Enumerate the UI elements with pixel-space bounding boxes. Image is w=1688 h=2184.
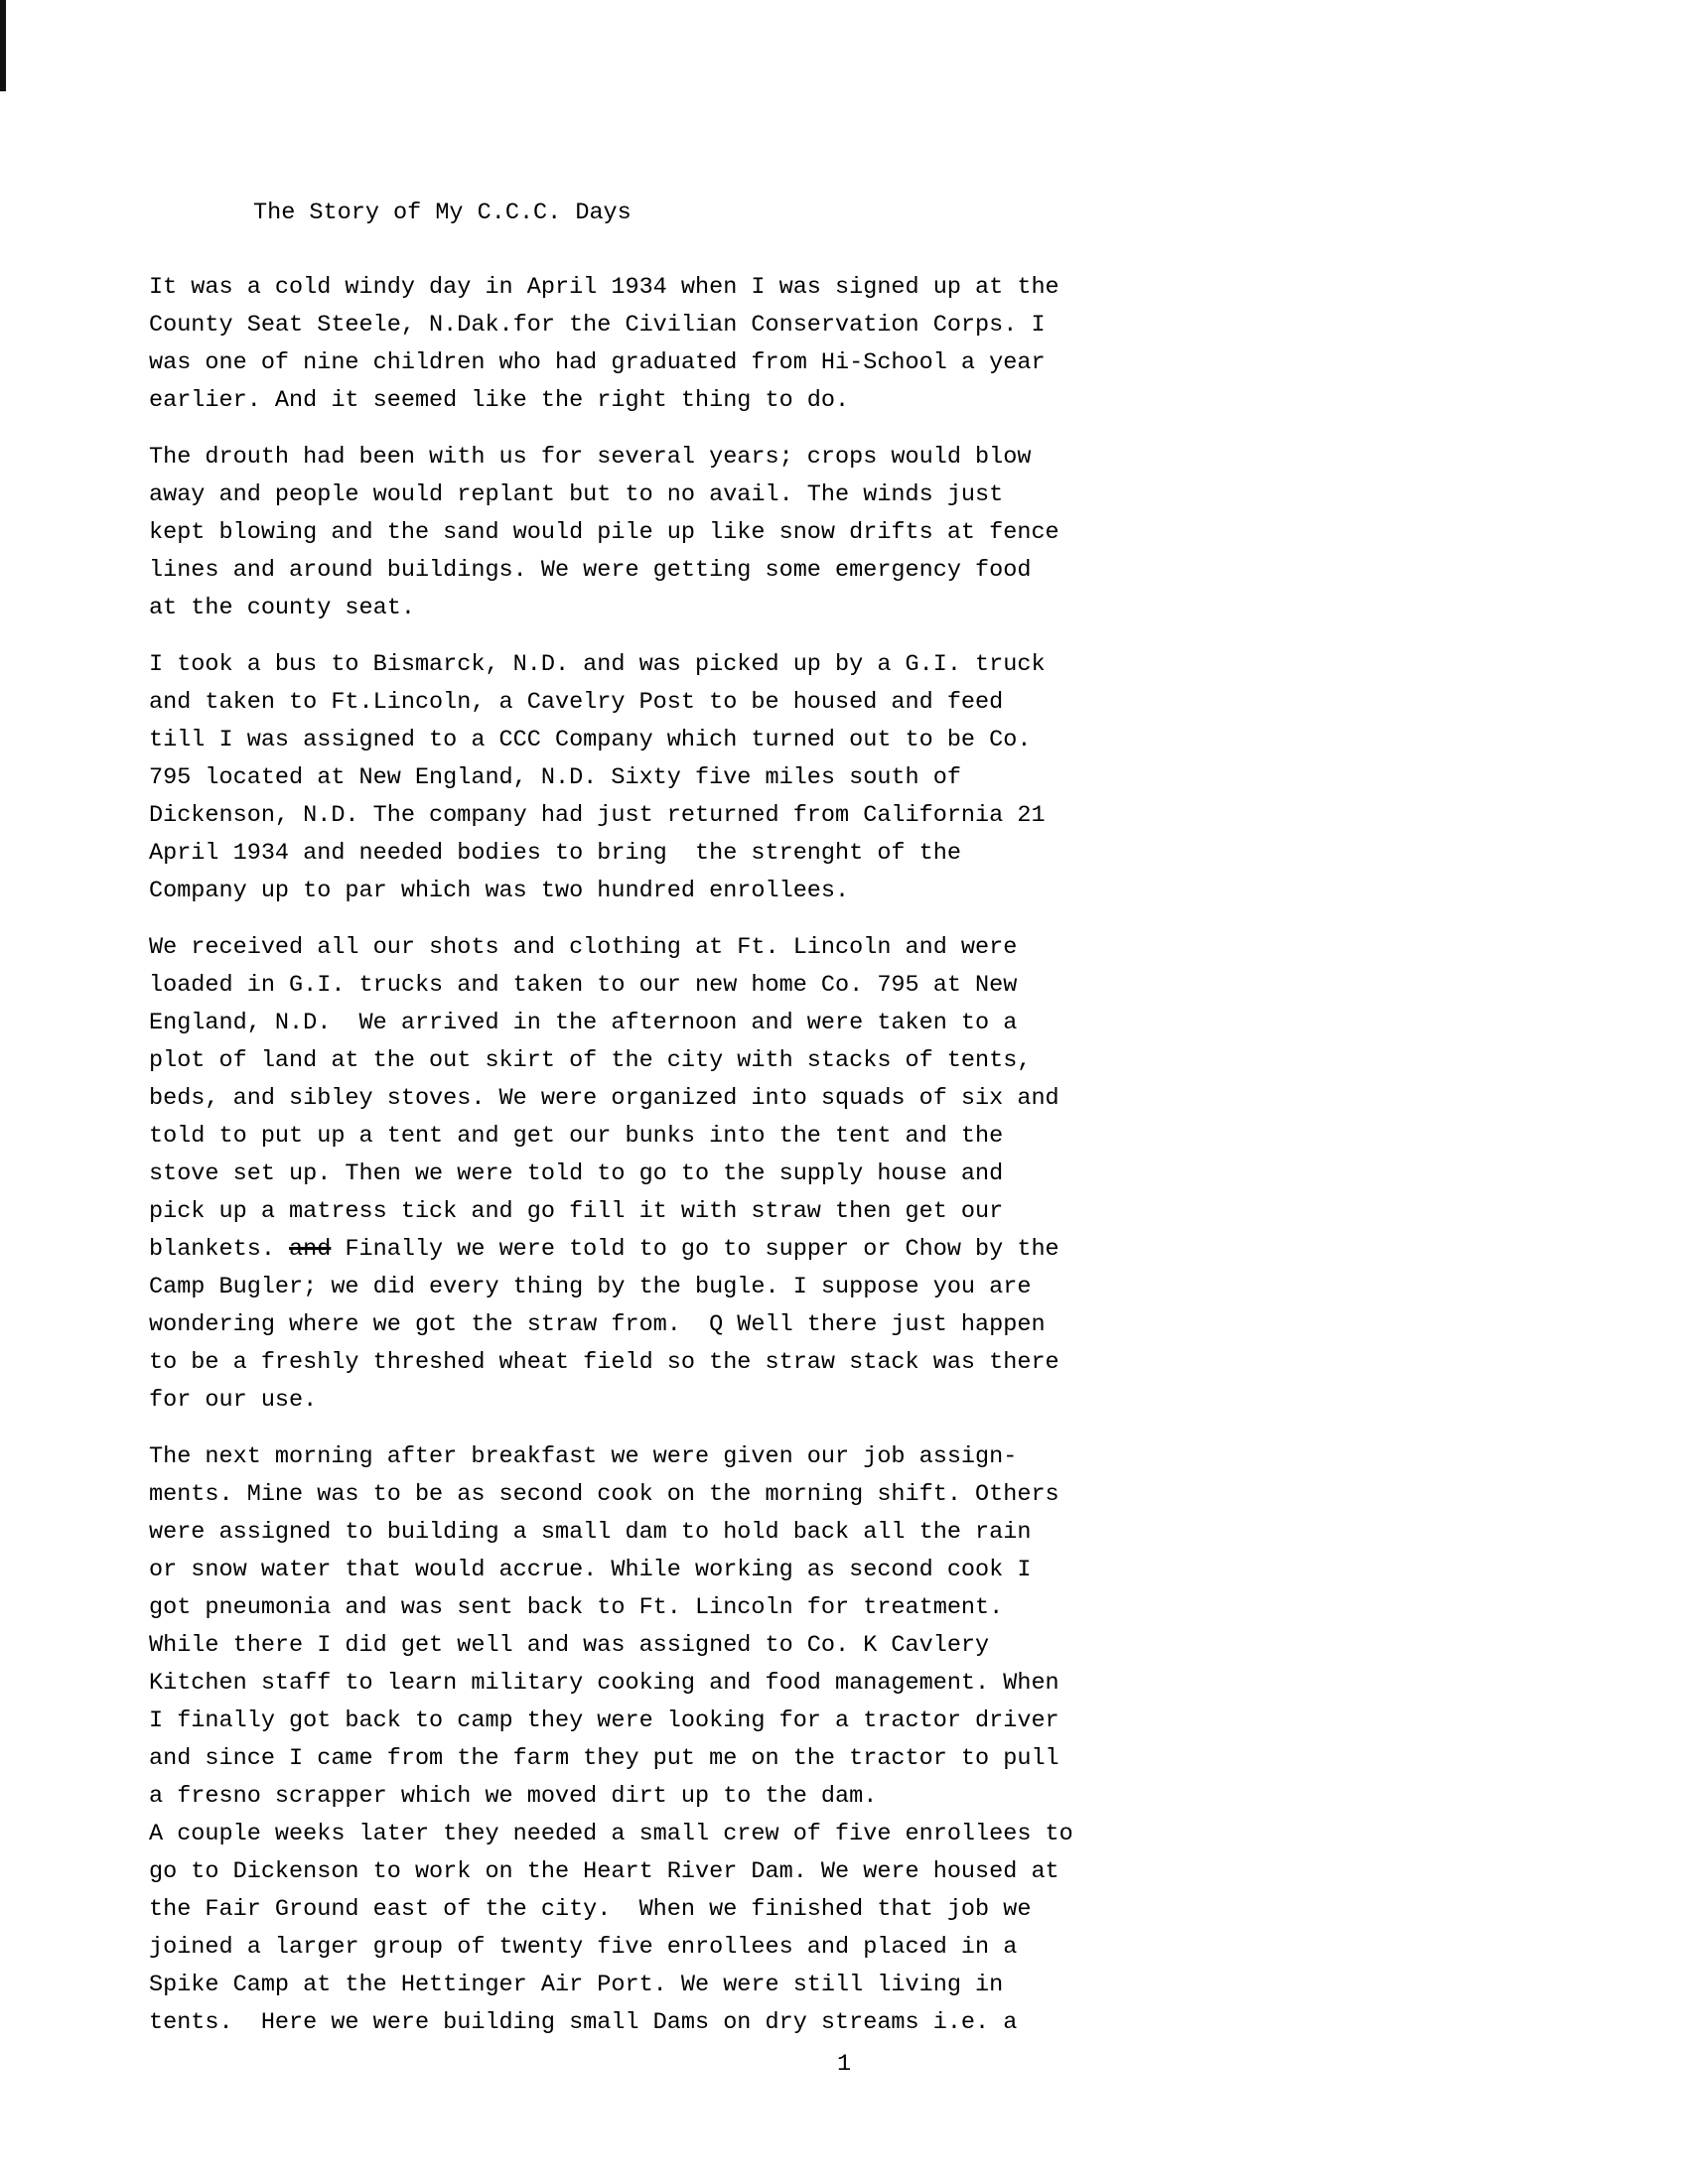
paragraph: It was a cold windy day in April 1934 wh…: [149, 269, 1142, 420]
text-line: A couple weeks later they needed a small…: [149, 1816, 1142, 1853]
text-line: till I was assigned to a CCC Company whi…: [149, 722, 1142, 759]
text-line: stove set up. Then we were told to go to…: [149, 1156, 1142, 1193]
text-segment: While there I did get well and was assig…: [149, 1632, 989, 1659]
text-segment: Kitchen staff to learn military cooking …: [149, 1670, 1059, 1697]
text-segment: got pneumonia and was sent back to Ft. L…: [149, 1594, 1003, 1621]
text-line: Company up to par which was two hundred …: [149, 873, 1142, 910]
text-line: It was a cold windy day in April 1934 wh…: [149, 269, 1142, 307]
text-line: loaded in G.I. trucks and taken to our n…: [149, 967, 1142, 1005]
text-segment: We received all our shots and clothing a…: [149, 934, 1017, 961]
text-line: go to Dickenson to work on the Heart Riv…: [149, 1853, 1142, 1891]
text-segment: blankets.: [149, 1236, 289, 1263]
text-segment: for our use.: [149, 1387, 317, 1414]
text-segment: Dickenson, N.D. The company had just ret…: [149, 802, 1046, 829]
text-segment: earlier. And it seemed like the right th…: [149, 387, 849, 414]
text-segment: I took a bus to Bismarck, N.D. and was p…: [149, 651, 1046, 678]
text-segment: go to Dickenson to work on the Heart Riv…: [149, 1858, 1059, 1885]
text-line: England, N.D. We arrived in the afternoo…: [149, 1005, 1142, 1042]
paragraphs-container: It was a cold windy day in April 1934 wh…: [149, 269, 1142, 2042]
text-line: the Fair Ground east of the city. When w…: [149, 1891, 1142, 1929]
text-segment: was one of nine children who had graduat…: [149, 349, 1046, 376]
text-line: tents. Here we were building small Dams …: [149, 2004, 1142, 2042]
text-line: for our use.: [149, 1382, 1142, 1420]
text-line: were assigned to building a small dam to…: [149, 1514, 1142, 1552]
text-line: wondering where we got the straw from. Q…: [149, 1306, 1142, 1344]
text-segment: a fresno scrapper which we moved dirt up…: [149, 1783, 877, 1810]
text-segment: kept blowing and the sand would pile up …: [149, 519, 1059, 546]
text-segment: tents. Here we were building small Dams …: [149, 2009, 1017, 2036]
text-segment: The next morning after breakfast we were…: [149, 1443, 1017, 1470]
text-segment: pick up a matress tick and go fill it wi…: [149, 1198, 1003, 1225]
page-number: 1: [0, 2046, 1688, 2084]
text-line: a fresno scrapper which we moved dirt up…: [149, 1778, 1142, 1816]
text-line: Spike Camp at the Hettinger Air Port. We…: [149, 1967, 1142, 2004]
text-line: kept blowing and the sand would pile up …: [149, 514, 1142, 552]
text-segment: County Seat Steele, N.Dak.for the Civili…: [149, 312, 1046, 339]
text-line: was one of nine children who had graduat…: [149, 344, 1142, 382]
text-segment: April 1934 and needed bodies to bring th…: [149, 840, 961, 867]
text-segment: England, N.D. We arrived in the afternoo…: [149, 1010, 1017, 1036]
document-body: The Story of My C.C.C. Days It was a col…: [149, 195, 1142, 2061]
text-segment: or snow water that would accrue. While w…: [149, 1557, 1031, 1583]
text-line: blankets. and Finally we were told to go…: [149, 1231, 1142, 1269]
text-segment: I finally got back to camp they were loo…: [149, 1707, 1059, 1734]
text-segment: It was a cold windy day in April 1934 wh…: [149, 274, 1059, 301]
text-line: I finally got back to camp they were loo…: [149, 1703, 1142, 1740]
text-segment: beds, and sibley stoves. We were organiz…: [149, 1085, 1059, 1112]
text-segment: ments. Mine was to be as second cook on …: [149, 1481, 1059, 1508]
text-line: and taken to Ft.Lincoln, a Cavelry Post …: [149, 684, 1142, 722]
text-line: Dickenson, N.D. The company had just ret…: [149, 797, 1142, 835]
text-line: The next morning after breakfast we were…: [149, 1438, 1142, 1476]
text-segment: lines and around buildings. We were gett…: [149, 557, 1031, 584]
paragraph: The next morning after breakfast we were…: [149, 1438, 1142, 2042]
text-line: beds, and sibley stoves. We were organiz…: [149, 1080, 1142, 1118]
text-line: pick up a matress tick and go fill it wi…: [149, 1193, 1142, 1231]
paragraph: The drouth had been with us for several …: [149, 439, 1142, 627]
text-line: and since I came from the farm they put …: [149, 1740, 1142, 1778]
page-title: The Story of My C.C.C. Days: [149, 195, 1142, 232]
text-segment: Company up to par which was two hundred …: [149, 878, 849, 904]
text-line: or snow water that would accrue. While w…: [149, 1552, 1142, 1589]
text-segment: at the county seat.: [149, 595, 415, 621]
text-line: joined a larger group of twenty five enr…: [149, 1929, 1142, 1967]
text-segment: till I was assigned to a CCC Company whi…: [149, 727, 1031, 753]
text-line: earlier. And it seemed like the right th…: [149, 382, 1142, 420]
text-segment: Camp Bugler; we did every thing by the b…: [149, 1274, 1031, 1300]
text-line: Camp Bugler; we did every thing by the b…: [149, 1269, 1142, 1306]
text-line: to be a freshly threshed wheat field so …: [149, 1344, 1142, 1382]
text-segment: away and people would replant but to no …: [149, 481, 1003, 508]
text-line: away and people would replant but to no …: [149, 477, 1142, 514]
text-segment: and since I came from the farm they put …: [149, 1745, 1059, 1772]
text-segment: were assigned to building a small dam to…: [149, 1519, 1031, 1546]
text-segment: The drouth had been with us for several …: [149, 444, 1031, 471]
text-segment: A couple weeks later they needed a small…: [149, 1821, 1073, 1847]
text-segment: the Fair Ground east of the city. When w…: [149, 1896, 1031, 1923]
text-line: lines and around buildings. We were gett…: [149, 552, 1142, 590]
text-segment: plot of land at the out skirt of the cit…: [149, 1047, 1031, 1074]
text-line: I took a bus to Bismarck, N.D. and was p…: [149, 646, 1142, 684]
text-line: plot of land at the out skirt of the cit…: [149, 1042, 1142, 1080]
paragraph: I took a bus to Bismarck, N.D. and was p…: [149, 646, 1142, 910]
scan-edge-artifact: [0, 0, 6, 91]
text-segment: wondering where we got the straw from. Q…: [149, 1311, 1046, 1338]
text-segment: told to put up a tent and get our bunks …: [149, 1123, 1003, 1150]
struck-word: and: [289, 1236, 331, 1263]
paragraph: We received all our shots and clothing a…: [149, 929, 1142, 1420]
text-line: 795 located at New England, N.D. Sixty f…: [149, 759, 1142, 797]
text-segment: stove set up. Then we were told to go to…: [149, 1160, 1003, 1187]
text-line: got pneumonia and was sent back to Ft. L…: [149, 1589, 1142, 1627]
text-segment: 795 located at New England, N.D. Sixty f…: [149, 764, 961, 791]
text-line: ments. Mine was to be as second cook on …: [149, 1476, 1142, 1514]
text-line: Kitchen staff to learn military cooking …: [149, 1665, 1142, 1703]
text-line: told to put up a tent and get our bunks …: [149, 1118, 1142, 1156]
text-line: While there I did get well and was assig…: [149, 1627, 1142, 1665]
text-line: April 1934 and needed bodies to bring th…: [149, 835, 1142, 873]
text-line: County Seat Steele, N.Dak.for the Civili…: [149, 307, 1142, 344]
text-segment: and taken to Ft.Lincoln, a Cavelry Post …: [149, 689, 1003, 716]
text-line: We received all our shots and clothing a…: [149, 929, 1142, 967]
text-segment: loaded in G.I. trucks and taken to our n…: [149, 972, 1017, 999]
text-segment: Finally we were told to go to supper or …: [331, 1236, 1058, 1263]
text-segment: to be a freshly threshed wheat field so …: [149, 1349, 1059, 1376]
text-line: at the county seat.: [149, 590, 1142, 627]
text-line: The drouth had been with us for several …: [149, 439, 1142, 477]
text-segment: Spike Camp at the Hettinger Air Port. We…: [149, 1972, 1003, 1998]
typewritten-page: The Story of My C.C.C. Days It was a col…: [0, 0, 1688, 2184]
text-segment: joined a larger group of twenty five enr…: [149, 1934, 1017, 1961]
